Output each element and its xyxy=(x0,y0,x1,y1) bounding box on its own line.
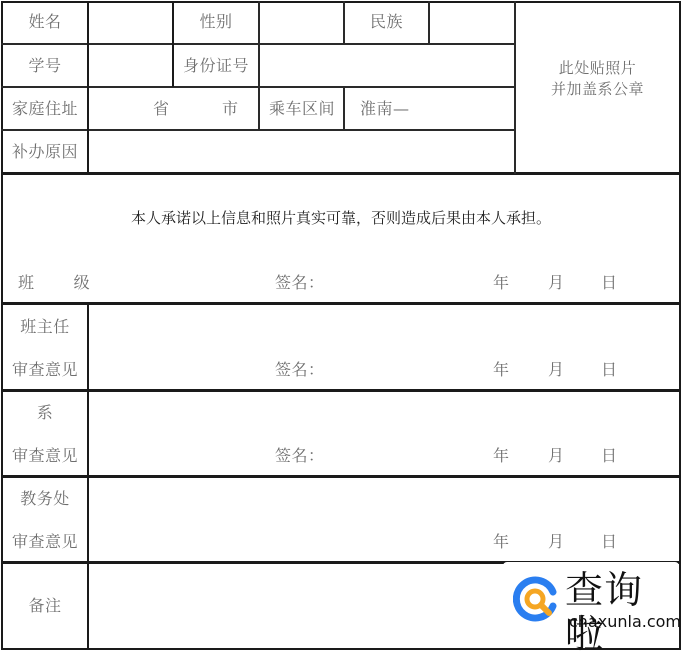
pledge-signature-label: 签名： xyxy=(275,273,325,293)
reason-label: 补办原因 xyxy=(3,142,87,162)
gender-label: 性别 xyxy=(174,12,258,32)
remarks-label: 备注 xyxy=(3,596,87,616)
watermark-brand-url: chaxunla.com xyxy=(569,612,681,631)
academic-office-review-field[interactable] xyxy=(90,478,679,561)
id-card-label: 身份证号 xyxy=(174,56,258,76)
student-id-field[interactable] xyxy=(90,46,172,86)
department-review-field[interactable] xyxy=(90,392,679,475)
name-label: 姓名 xyxy=(3,12,87,32)
photo-instruction-line1: 此处贴照片 xyxy=(516,58,679,78)
academic-office-year-label: 年 xyxy=(493,532,510,552)
class-label: 班 级 xyxy=(18,273,90,293)
magnifier-logo-icon xyxy=(513,576,559,622)
reason-field[interactable] xyxy=(90,132,514,172)
address-label: 家庭住址 xyxy=(3,99,87,119)
department-year-label: 年 xyxy=(493,446,510,466)
department-day-label: 日 xyxy=(601,446,618,466)
divider xyxy=(87,1,89,174)
photo-area[interactable]: 此处贴照片 并加盖系公章 xyxy=(516,3,679,172)
id-card-field[interactable] xyxy=(260,46,514,86)
teacher-review-label-line2: 审查意见 xyxy=(3,360,87,380)
name-field[interactable] xyxy=(90,3,172,43)
ethnicity-field[interactable] xyxy=(430,3,514,43)
divider xyxy=(87,302,89,650)
watermark: 查询啦 chaxunla.com xyxy=(503,562,679,646)
address-field[interactable]: 省 市 xyxy=(90,89,258,129)
academic-office-label-line2: 审查意见 xyxy=(3,532,87,552)
department-month-label: 月 xyxy=(548,446,565,466)
department-review-label-line2: 审查意见 xyxy=(3,446,87,466)
province-label: 省 xyxy=(153,99,170,119)
pledge-year-label: 年 xyxy=(493,273,510,293)
academic-office-month-label: 月 xyxy=(548,532,565,552)
academic-office-day-label: 日 xyxy=(601,532,618,552)
teacher-day-label: 日 xyxy=(601,360,618,380)
teacher-month-label: 月 xyxy=(548,360,565,380)
teacher-review-field[interactable] xyxy=(90,305,679,389)
teacher-year-label: 年 xyxy=(493,360,510,380)
student-id-label: 学号 xyxy=(3,56,87,76)
route-value: 淮南— xyxy=(360,99,410,119)
academic-office-label-line1: 教务处 xyxy=(3,489,87,509)
pledge-day-label: 日 xyxy=(601,273,618,293)
pledge-statement: 本人承诺以上信息和照片真实可靠，否则造成后果由本人承担。 xyxy=(0,207,682,228)
ethnicity-label: 民族 xyxy=(345,12,428,32)
teacher-signature-label: 签名： xyxy=(275,360,325,380)
pledge-month-label: 月 xyxy=(548,273,565,293)
photo-instruction-line2: 并加盖系公章 xyxy=(516,79,679,99)
watermark-brand-cn: 查询啦 xyxy=(565,568,679,651)
border-right xyxy=(679,1,681,650)
divider xyxy=(1,172,681,175)
department-signature-label: 签名： xyxy=(275,446,325,466)
department-review-label-line1: 系 xyxy=(3,403,87,423)
teacher-review-label-line1: 班主任 xyxy=(3,317,87,337)
route-label: 乘车区间 xyxy=(260,99,344,119)
city-label: 市 xyxy=(222,99,239,119)
route-field[interactable]: 淮南— xyxy=(345,89,514,129)
gender-field[interactable] xyxy=(260,3,343,43)
